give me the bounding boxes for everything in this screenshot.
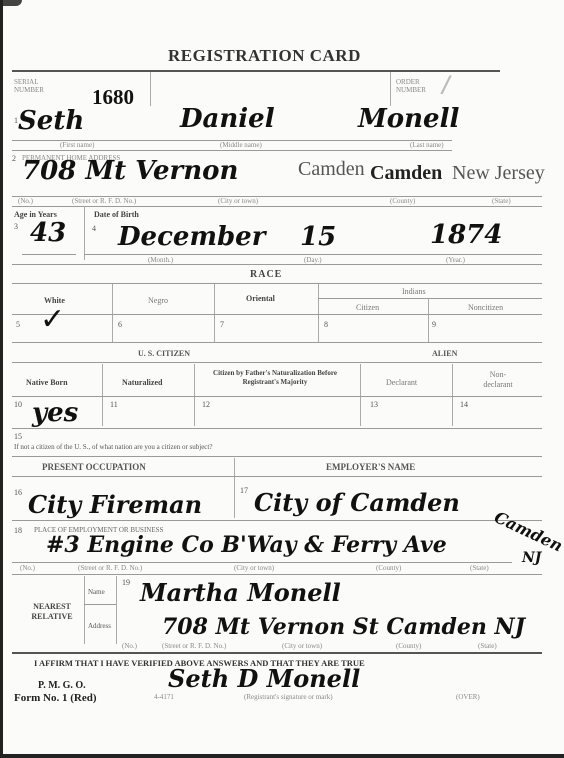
order-label: ORDER NUMBER	[396, 78, 440, 94]
divider	[360, 364, 361, 426]
employment-state: NJ	[522, 550, 541, 566]
registrant-signature: Seth D Monell	[168, 664, 360, 693]
divider	[84, 206, 85, 260]
citizen-by-father-label: Citizen by Father's Naturalization Befor…	[200, 369, 350, 387]
divider	[428, 298, 429, 342]
employment-city: Camden	[491, 507, 564, 555]
nearest-relative-label: NEAREST RELATIVE	[22, 602, 82, 622]
divider	[12, 314, 542, 315]
field-number: 14	[460, 400, 468, 409]
caption-no: (No.)	[18, 197, 33, 205]
native-born-value: yes	[32, 398, 78, 428]
divider	[12, 206, 542, 207]
divider	[12, 574, 542, 575]
caption-year: (Year.)	[446, 256, 465, 264]
divider	[390, 72, 391, 106]
employment-place-value: #3 Engine Co B'Way & Ferry Ave	[46, 532, 447, 558]
divider	[12, 264, 542, 265]
middle-name: Daniel	[180, 104, 275, 134]
divider	[12, 476, 542, 477]
form-id-line1: P. M. G. O.	[38, 680, 86, 691]
race-negro: Negro	[148, 296, 168, 305]
divider	[12, 70, 500, 72]
caption-state: (State)	[470, 564, 489, 572]
checkmark-icon: ✓	[40, 302, 65, 337]
caption-no: (No.)	[122, 642, 137, 650]
employer-value: City of Camden	[254, 488, 460, 517]
race-indian-citizen: Citizen	[356, 303, 379, 312]
scan-edge-bottom	[0, 754, 564, 758]
caption-county: (County)	[390, 197, 415, 205]
field-number: 7	[220, 320, 224, 329]
field-number: 4	[92, 224, 96, 233]
employer-heading: EMPLOYER'S NAME	[326, 462, 415, 472]
birth-label: Date of Birth	[94, 210, 139, 219]
divider	[12, 150, 452, 151]
divider	[112, 284, 113, 342]
occupation-heading: PRESENT OCCUPATION	[42, 462, 146, 472]
divider	[318, 298, 542, 299]
caption-first: (First name)	[60, 141, 94, 149]
divider	[12, 362, 542, 363]
divider	[318, 284, 319, 342]
caption-street: (Street or R. F. D. No.)	[162, 642, 226, 650]
caption-day: (Day.)	[304, 256, 322, 264]
caption-month: (Month.)	[148, 256, 173, 264]
home-county: Camden	[370, 162, 442, 185]
order-number: /	[442, 72, 450, 98]
card-corner	[0, 0, 22, 6]
scan-edge-left	[0, 0, 3, 758]
field-number: 19	[122, 578, 130, 587]
divider	[214, 284, 215, 342]
divider	[12, 428, 542, 429]
divider	[234, 458, 235, 518]
divider	[12, 520, 542, 521]
native-born-label: Native Born	[26, 378, 68, 387]
field-number: 17	[240, 486, 248, 495]
occupation-value: City Fireman	[28, 490, 202, 519]
form-code: 4-4171	[154, 693, 174, 701]
relative-address-label: Address	[88, 622, 111, 630]
caption-state: (State)	[478, 642, 497, 650]
serial-number: 1680	[92, 85, 134, 110]
divider	[102, 364, 103, 426]
divider	[150, 72, 151, 106]
serial-label: SERIAL NUMBER	[14, 78, 58, 94]
caption-city: (City or town)	[234, 564, 274, 572]
field-number: 9	[432, 320, 436, 329]
non-declarant-label: Non-declarant	[478, 370, 518, 390]
caption-city: (City or town)	[218, 197, 258, 205]
caption-county: (County)	[376, 564, 401, 572]
declarant-label: Declarant	[386, 378, 417, 387]
divider	[12, 456, 542, 457]
divider	[84, 604, 116, 605]
naturalized-label: Naturalized	[122, 378, 162, 387]
alien-heading: ALIEN	[432, 349, 457, 358]
field-number: 2	[12, 154, 16, 163]
field-number: 6	[118, 320, 122, 329]
caption-city: (City or town)	[282, 642, 322, 650]
divider	[12, 342, 542, 343]
age-value: 43	[30, 218, 66, 248]
field-number: 3	[14, 222, 18, 231]
first-name: Seth	[18, 106, 84, 136]
birth-year: 1874	[430, 220, 502, 250]
caption-middle: (Middle name)	[220, 141, 262, 149]
divider	[12, 283, 542, 284]
relative-address: 708 Mt Vernon St Camden NJ	[162, 614, 525, 640]
caption-street: (Street or R. F. D. No.)	[72, 197, 136, 205]
field-number: 11	[110, 400, 118, 409]
field-number: 10	[14, 400, 22, 409]
divider	[84, 254, 542, 255]
race-oriental: Oriental	[246, 294, 275, 303]
last-name: Monell	[358, 104, 459, 134]
form-id-line2: Form No. 1 (Red)	[14, 692, 96, 704]
divider	[194, 364, 195, 426]
caption-state: (State)	[492, 197, 511, 205]
field-number: 16	[14, 488, 22, 497]
us-citizen-heading: U. S. CITIZEN	[138, 349, 190, 358]
field-number: 12	[202, 400, 210, 409]
divider	[116, 576, 117, 644]
home-street: 708 Mt Vernon	[22, 156, 238, 186]
divider	[12, 652, 542, 654]
caption-county: (County)	[396, 642, 421, 650]
registration-card: REGISTRATION CARD SERIAL NUMBER 1680 ORD…	[0, 0, 564, 758]
race-heading: RACE	[250, 269, 282, 280]
card-title: REGISTRATION CARD	[168, 46, 361, 66]
over-label: (OVER)	[456, 693, 480, 701]
caption-last: (Last name)	[410, 141, 444, 149]
caption-street: (Street or R. F. D. No.)	[78, 564, 142, 572]
divider	[452, 364, 453, 426]
relative-name-label: Name	[88, 588, 105, 596]
q15-label: If not a citizen of the U. S., of what n…	[14, 443, 212, 451]
divider	[12, 396, 542, 397]
signature-caption: (Registrant's signature or mark)	[244, 693, 333, 701]
divider	[12, 562, 512, 563]
birth-day: 15	[300, 222, 336, 252]
divider	[22, 254, 76, 255]
birth-month: December	[118, 222, 265, 252]
home-state: New Jersey	[452, 162, 545, 185]
home-city: Camden	[298, 158, 365, 181]
race-indians: Indians	[402, 287, 426, 296]
field-number: 15	[14, 432, 22, 441]
field-number: 13	[370, 400, 378, 409]
field-number: 8	[324, 320, 328, 329]
relative-name: Martha Monell	[140, 578, 341, 607]
field-number: 5	[16, 320, 20, 329]
caption-no: (No.)	[20, 564, 35, 572]
divider	[84, 576, 85, 644]
race-indian-noncitizen: Noncitizen	[468, 303, 503, 312]
field-number: 18	[14, 526, 22, 535]
